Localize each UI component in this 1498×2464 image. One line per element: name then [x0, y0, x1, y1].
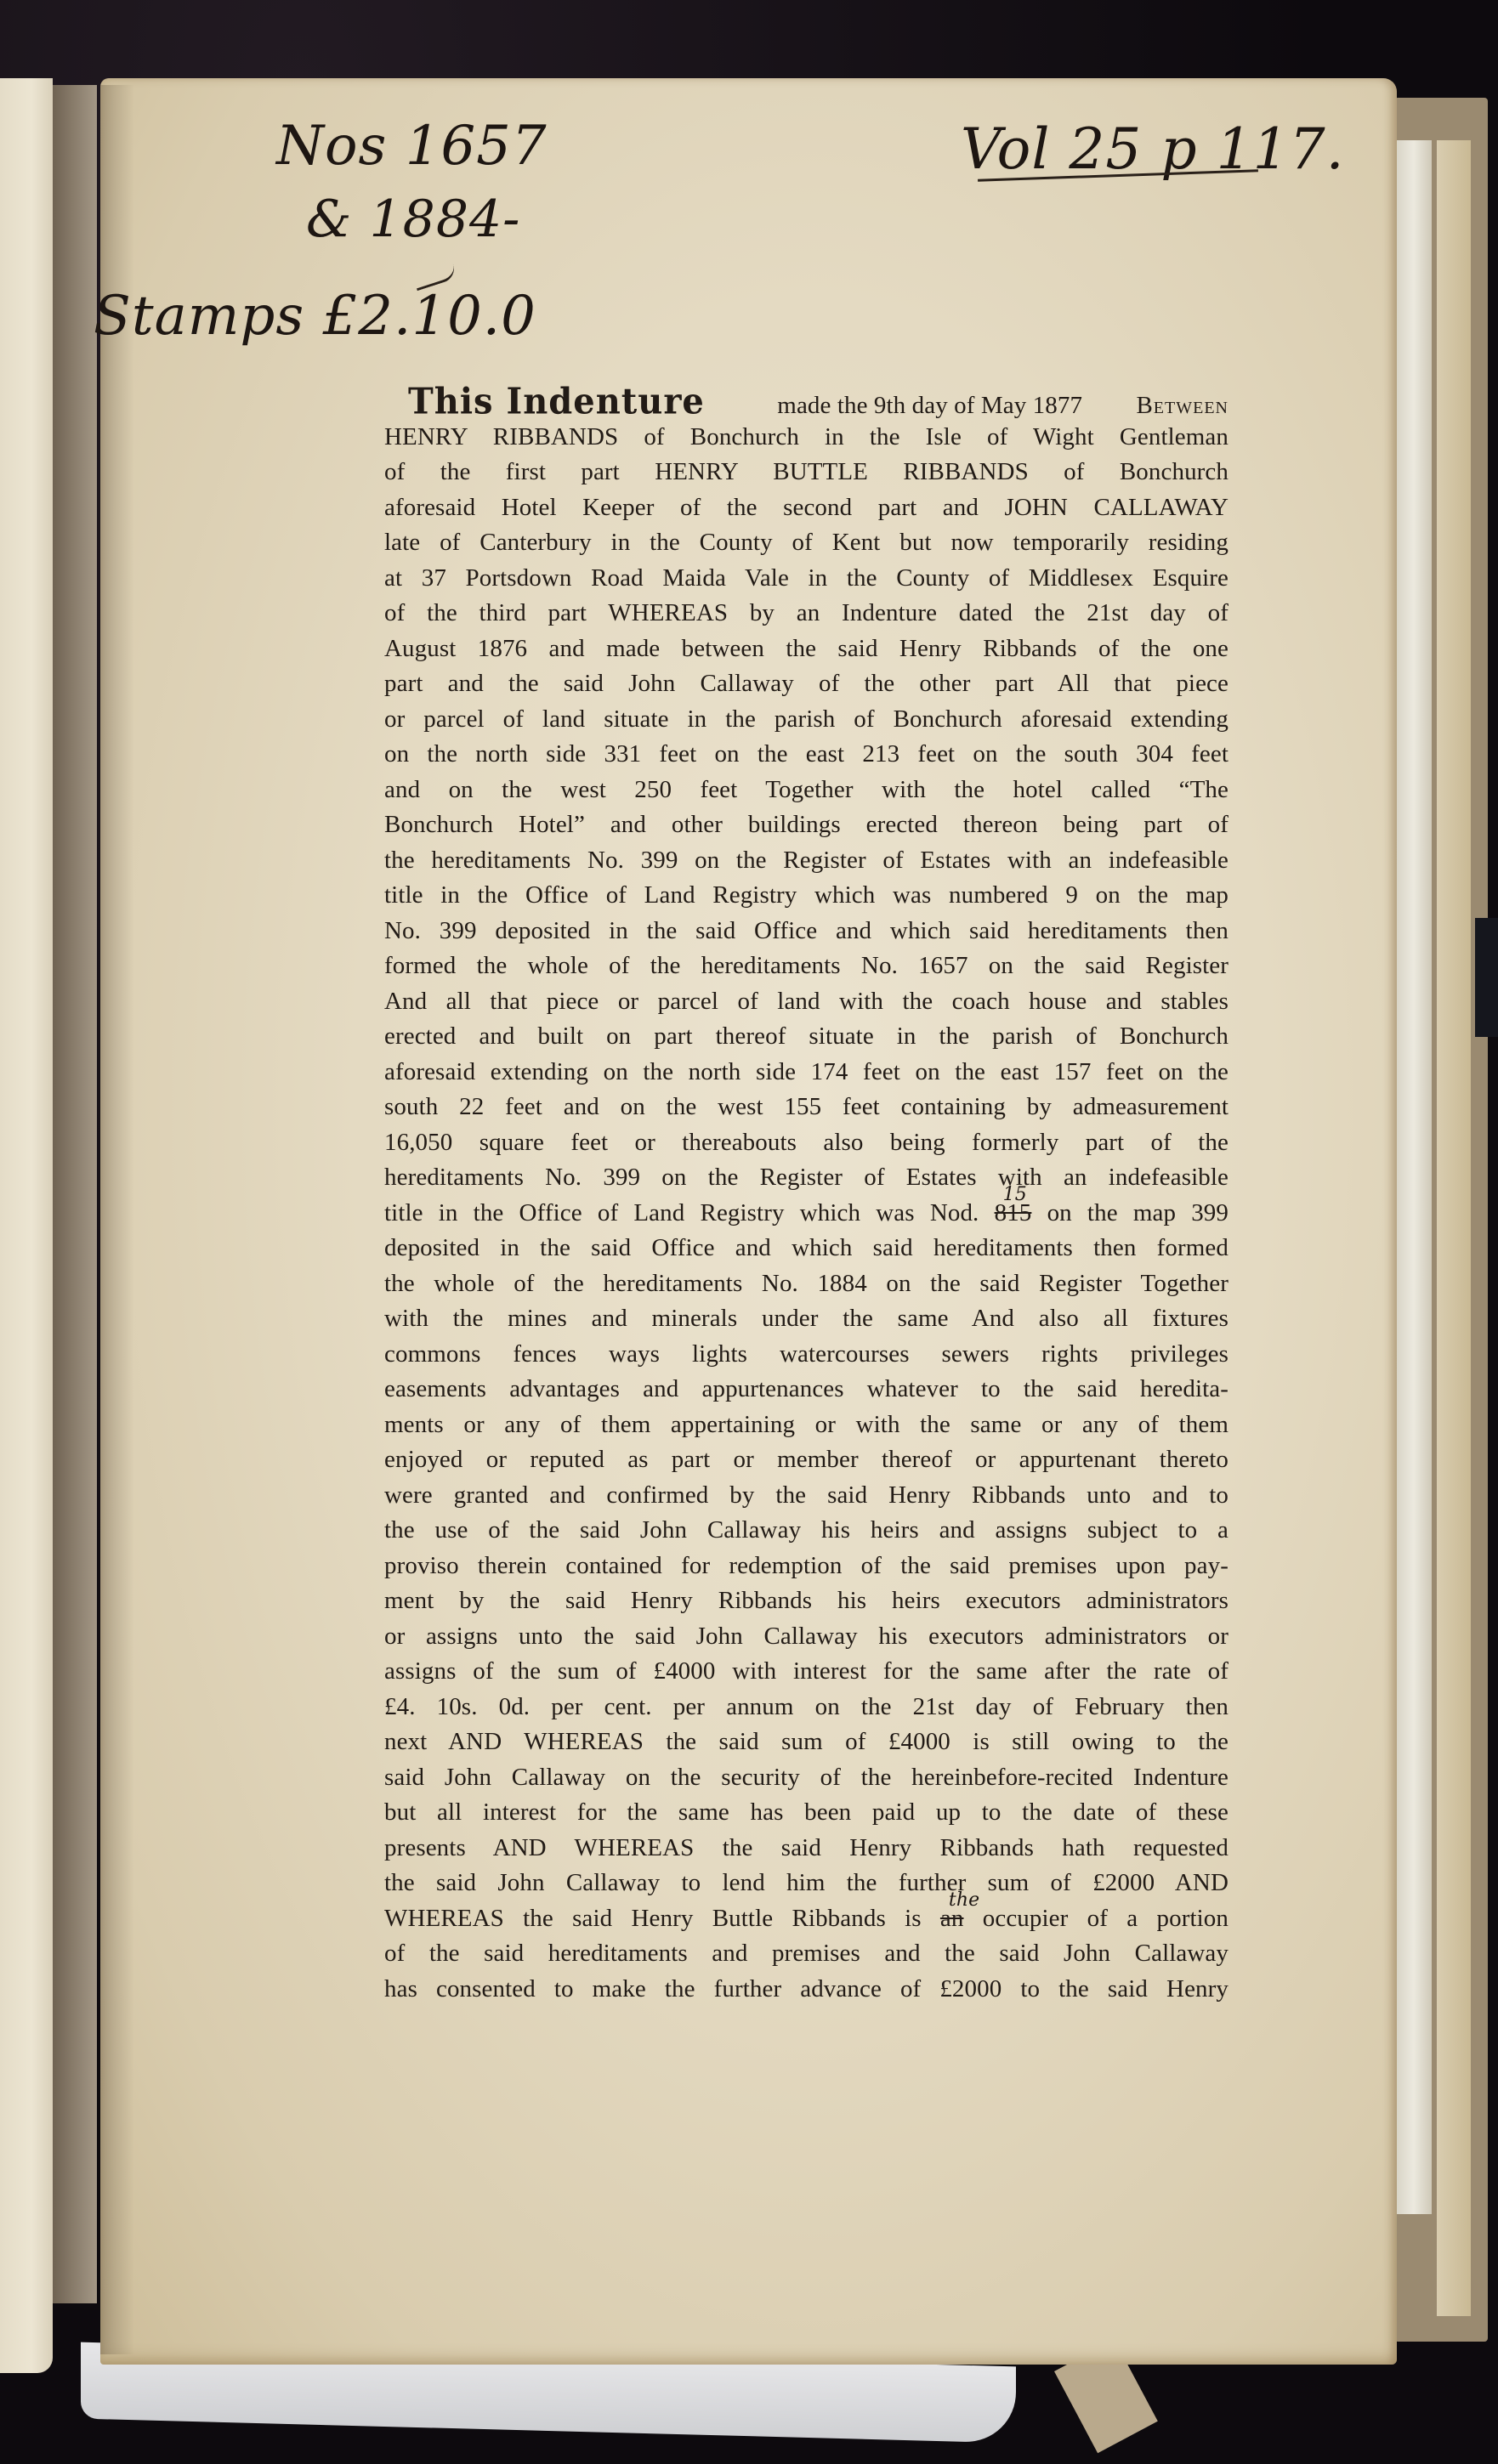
text-line: formed the whole of the hereditaments No…: [384, 949, 1228, 984]
indenture-body: This Indenture made the 9th day of May 1…: [384, 384, 1228, 2007]
handwritten-correction: 81515: [995, 1199, 1032, 1226]
text-line: part and the said John Callaway of the o…: [384, 666, 1228, 702]
text-line: aforesaid Hotel Keeper of the second par…: [384, 490, 1228, 526]
corrected-line-map-number: title in the Office of Land Registry whi…: [384, 1196, 1228, 1232]
handwritten-register-numbers-2: & 1884-: [306, 194, 520, 245]
text-line: enjoyed or reputed as part or member the…: [384, 1442, 1228, 1478]
text-line: of the said hereditaments and premises a…: [384, 1936, 1228, 1972]
line-text-after: occupier of a portion: [983, 1905, 1228, 1932]
opening-date: made the 9th day of May 1877: [777, 388, 1082, 424]
text-line: of the third part WHEREAS by an Indentur…: [384, 596, 1228, 632]
text-line: HENRY RIBBANDS of Bonchurch in the Isle …: [384, 420, 1228, 456]
text-line: No. 399 deposited in the said Office and…: [384, 914, 1228, 949]
text-line: with the mines and minerals under the sa…: [384, 1301, 1228, 1337]
text-line: the said John Callaway to lend him the f…: [384, 1866, 1228, 1901]
text-line: but all interest for the same has been p…: [384, 1795, 1228, 1831]
opening-line: This Indenture made the 9th day of May 1…: [384, 384, 1228, 420]
handwritten-stamp-duty: Stamps £2.10.0: [94, 289, 536, 343]
text-line: the use of the said John Callaway his he…: [384, 1513, 1228, 1549]
text-line: south 22 feet and on the west 155 feet c…: [384, 1090, 1228, 1125]
text-line: title in the Office of Land Registry whi…: [384, 878, 1228, 914]
inserted-text: 15: [1003, 1177, 1027, 1213]
text-line: assigns of the sum of £4000 with interes…: [384, 1654, 1228, 1690]
handwritten-register-numbers: Nos 1657: [276, 119, 548, 173]
line-text-before: WHEREAS the said Henry Buttle Ribbands i…: [384, 1905, 922, 1932]
text-line: And all that piece or parcel of land wit…: [384, 984, 1228, 1020]
text-line: 16,050 square feet or thereabouts also b…: [384, 1125, 1228, 1161]
text-line: at 37 Portsdown Road Maida Vale in the C…: [384, 561, 1228, 597]
line-text-after: on the map 399: [1047, 1199, 1228, 1226]
text-line: Bonchurch Hotel” and other buildings ere…: [384, 807, 1228, 843]
text-line: and on the west 250 feet Together with t…: [384, 773, 1228, 808]
text-line: proviso therein contained for redemption…: [384, 1549, 1228, 1584]
dark-cover-tab: [1475, 918, 1498, 1037]
text-line: erected and built on part thereof situat…: [384, 1019, 1228, 1055]
text-line: of the first part HENRY BUTTLE RIBBANDS …: [384, 455, 1228, 490]
line-text-before: title in the Office of Land Registry whi…: [384, 1199, 979, 1226]
text-line: £4. 10s. 0d. per cent. per annum on the …: [384, 1690, 1228, 1725]
handwritten-volume-reference: Vol 25 p 117.: [961, 122, 1345, 178]
text-line: ment by the said Henry Ribbands his heir…: [384, 1583, 1228, 1619]
inserted-text: the: [949, 1883, 979, 1918]
inserted-white-leaf: [1394, 140, 1432, 2214]
text-line: or assigns unto the said John Callaway h…: [384, 1619, 1228, 1655]
page-inner-shadow: [100, 85, 134, 2354]
text-line: easements advantages and appurtenances w…: [384, 1372, 1228, 1408]
text-line: has consented to make the further advanc…: [384, 1972, 1228, 2008]
text-line: August 1876 and made between the said He…: [384, 632, 1228, 667]
left-facing-page: [0, 78, 53, 2373]
text-line: or parcel of land situate in the parish …: [384, 702, 1228, 738]
page-stack-edge-outer: [1437, 140, 1471, 2316]
text-line: ments or any of them appertaining or wit…: [384, 1408, 1228, 1443]
text-line: next AND WHEREAS the said sum of £4000 i…: [384, 1725, 1228, 1760]
text-line: the hereditaments No. 399 on the Registe…: [384, 843, 1228, 879]
text-line: aforesaid extending on the north side 17…: [384, 1055, 1228, 1090]
corrected-line-occupier: WHEREAS the said Henry Buttle Ribbands i…: [384, 1901, 1228, 1937]
between-word: Between: [1136, 388, 1228, 424]
text-line: said John Callaway on the security of th…: [384, 1760, 1228, 1796]
indenture-heading: This Indenture: [408, 383, 705, 421]
text-line: presents AND WHEREAS the said Henry Ribb…: [384, 1831, 1228, 1866]
text-line: hereditaments No. 399 on the Register of…: [384, 1160, 1228, 1196]
text-line: on the north side 331 feet on the east 2…: [384, 737, 1228, 773]
handwritten-correction: anthe: [940, 1905, 964, 1932]
text-line: deposited in the said Office and which s…: [384, 1231, 1228, 1266]
binding-gutter: [53, 85, 97, 2303]
text-line: late of Canterbury in the County of Kent…: [384, 525, 1228, 561]
text-line: the whole of the hereditaments No. 1884 …: [384, 1266, 1228, 1302]
text-line: commons fences ways lights watercourses …: [384, 1337, 1228, 1373]
text-line: were granted and confirmed by the said H…: [384, 1478, 1228, 1514]
